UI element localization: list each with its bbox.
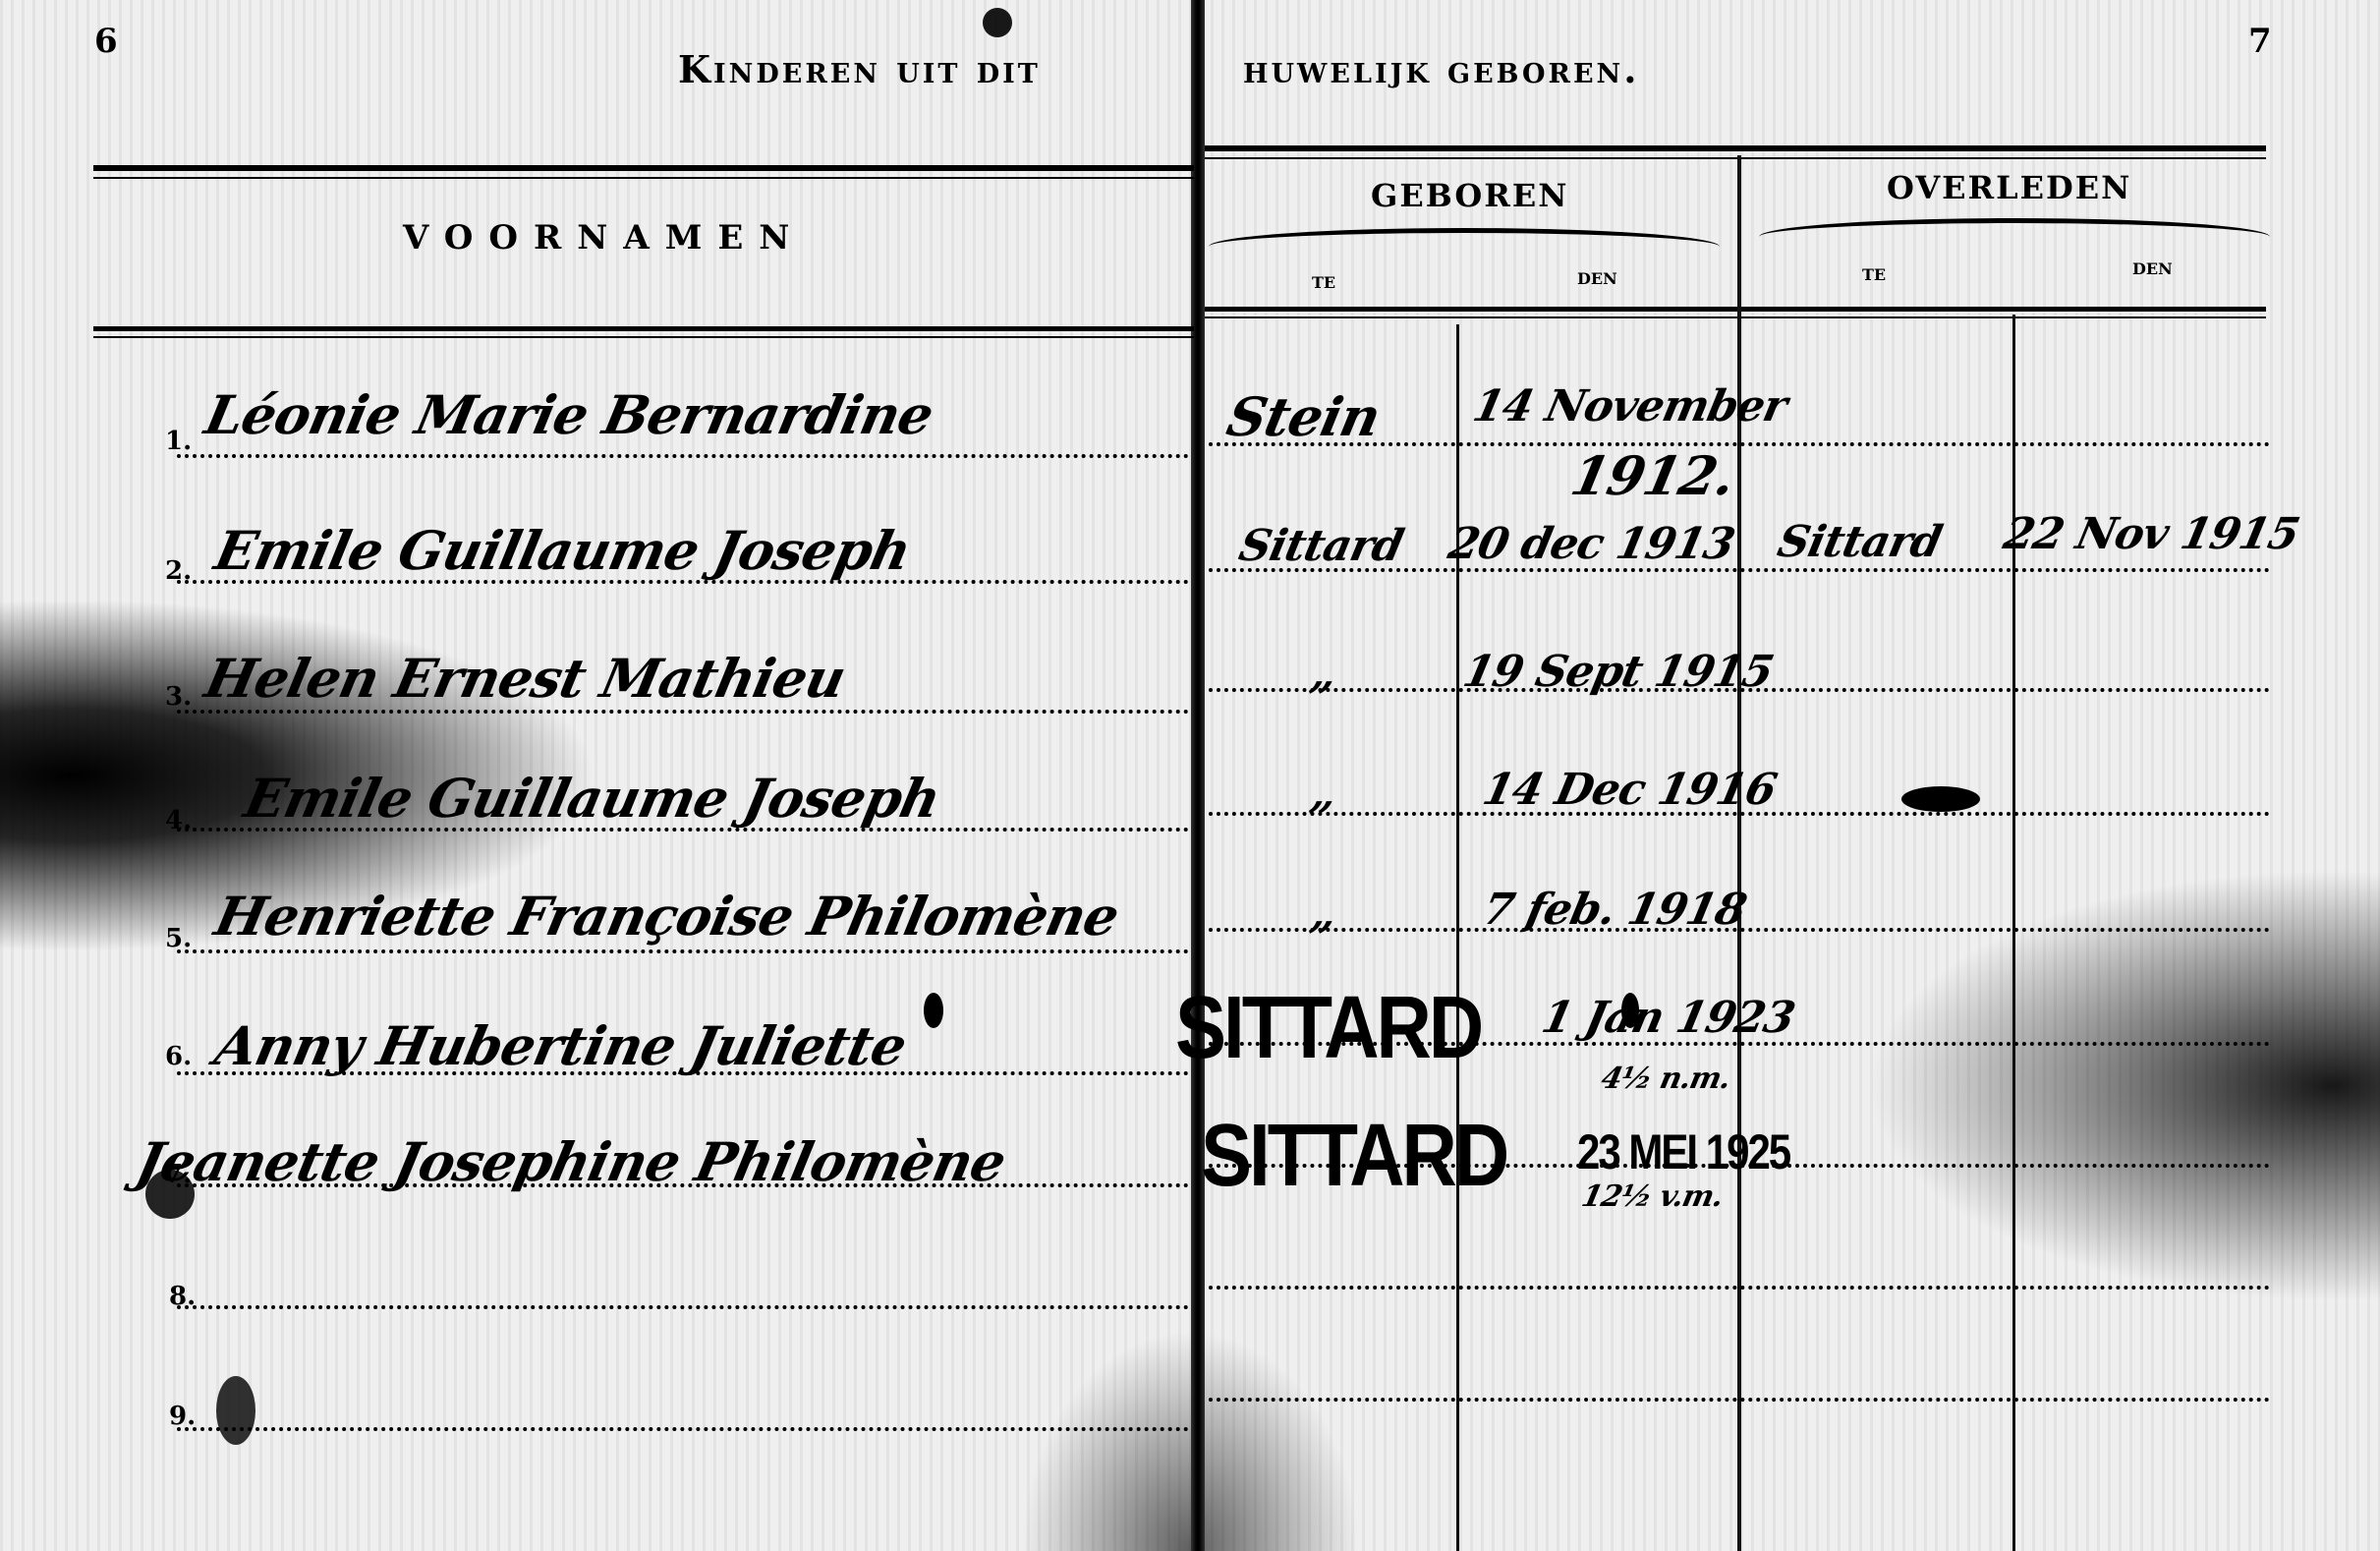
row-1-born-on-year: 1912. [1565,444,1740,507]
ink-stain [983,8,1012,37]
row-line-5-left [177,949,1189,953]
row-number-6: 6. [165,1042,192,1071]
header-top-rule-right-thin [1205,157,2266,159]
title-right: huwelijk geboren. [1243,47,1639,91]
column-header-overleden: OVERLEDEN [1887,169,2131,206]
ink-stain [924,993,943,1028]
row-line-3-left [177,710,1189,714]
header-bottom-rule-right-thin [1205,316,2266,318]
row-4-born-on: 14 Dec 1916 [1479,765,1781,815]
column-header-geboren-te: TE [1312,273,1335,292]
row-6-born-time: 4½ n.m. [1598,1062,1733,1096]
row-4-name: Emile Guillaume Joseph [239,767,945,830]
ink-stain [145,1170,195,1219]
ink-stain [1621,993,1639,1028]
row-1-born-on: 14 November [1469,381,1791,431]
row-number-2: 2. [165,556,192,586]
header-top-rule-left-thin [93,177,1194,179]
row-line-8-right [1209,1286,2270,1290]
row-5-born-on: 7 feb. 1918 [1479,885,1751,935]
row-6-born-at-stamp: SITTARD [1175,976,1481,1079]
ink-stain [216,1376,255,1445]
row-2-died-at: Sittard [1774,517,1946,567]
header-bottom-rule-left [93,326,1194,331]
row-number-4: 4. [165,806,192,835]
column-header-geboren: GEBOREN [1371,177,1568,214]
row-6-name: Anny Hubertine Juliette [209,1014,911,1077]
row-7-born-on-stamp: 23 MEI 1925 [1577,1123,1789,1180]
row-number-8: 8. [169,1282,196,1311]
row-3-born-on: 19 Sept 1915 [1459,647,1778,697]
ink-mark-row-4 [1901,786,1980,812]
row-5-name: Henriette Françoise Philomène [209,885,1124,948]
row-2-born-on: 20 dec 1913 [1445,519,1739,569]
column-header-overleden-den: DEN [2132,259,2173,278]
row-line-8-left [177,1305,1189,1309]
title-left: Kinderen uit dit [678,47,1041,91]
column-header-geboren-den: DEN [1577,269,1617,288]
row-6-born-on: 1 Jan 1923 [1538,993,1799,1043]
scanned-register-page: 6 7 Kinderen uit dit huwelijk geboren. V… [0,0,2380,1551]
left-page-number: 6 [94,22,118,61]
header-bottom-rule-right [1205,307,2266,312]
column-header-overleden-te: TE [1862,265,1886,284]
row-number-9: 9. [169,1402,196,1431]
row-number-5: 5. [165,924,192,953]
book-spine [1191,0,1205,1551]
row-1-born-at: Stein [1221,385,1386,448]
column-divider-geboren-te-den [1456,324,1459,1551]
row-line-1-left [177,454,1189,458]
header-bottom-rule-left-thin [93,336,1194,338]
right-page-number: 7 [2248,22,2272,61]
column-header-voornamen: VOORNAMEN [403,218,805,258]
overleden-brace [1759,218,2270,237]
row-3-name: Helen Ernest Mathieu [199,647,850,710]
row-7-born-at-stamp: SITTARD [1201,1104,1506,1207]
row-number-1: 1. [165,427,192,456]
geboren-brace [1209,228,1720,247]
row-2-born-at: Sittard [1235,521,1407,571]
row-number-3: 3. [165,682,192,712]
row-2-died-on: 22 Nov 1915 [2000,509,2303,559]
row-line-9-left [177,1427,1189,1431]
header-top-rule-left [93,165,1194,171]
header-top-rule-right [1205,145,2266,151]
row-line-9-right [1209,1398,2270,1402]
column-divider-geboren-overleden [1737,155,1741,1551]
row-7-born-time: 12½ v.m. [1578,1179,1726,1214]
row-2-name: Emile Guillaume Joseph [209,519,916,582]
column-divider-overleden-te-den [2012,315,2015,1551]
row-1-name: Léonie Marie Bernardine [199,383,938,446]
row-7-name: Jeanette Josephine Philomène [131,1130,1010,1193]
